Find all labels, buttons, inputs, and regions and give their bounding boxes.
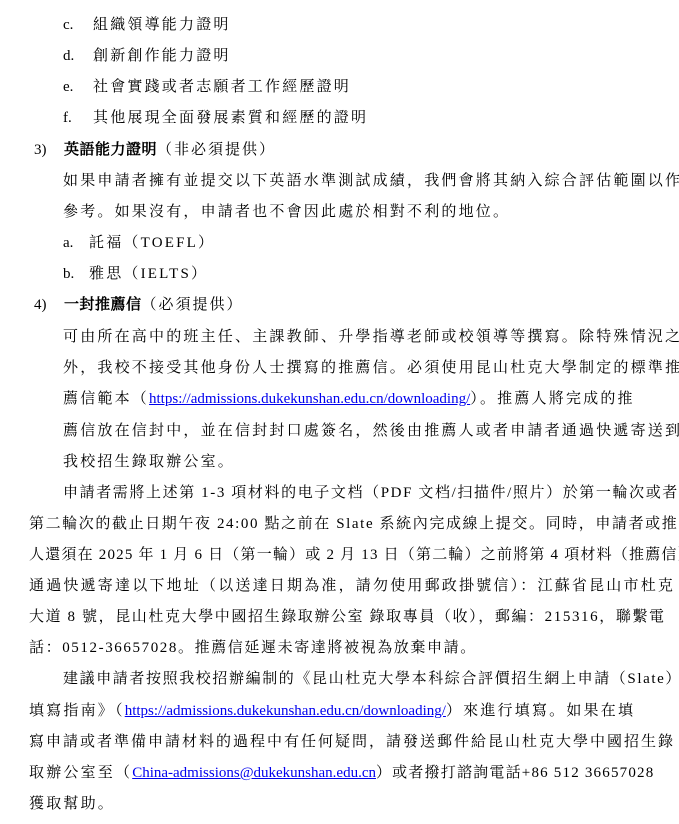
text: ）來進行填寫。如果在填 [446,703,635,719]
section-note: （非必須提供） [157,142,276,158]
guide-paragraph-line: 填寫指南》（https://admissions.dukekunshan.edu… [29,696,635,727]
list-item-f: f.其他展現全面發展素質和經歷的證明 [63,103,368,134]
section-note: （必須提供） [142,297,244,313]
list-text: 託福（TOEFL） [89,235,215,251]
guide-paragraph-line: 建議申請者按照我校招辦編制的《昆山杜克大學本科綜合評價招生網上申請（Slate） [63,664,679,695]
section-number: 4) [34,290,64,321]
submission-paragraph-line: 話：0512-36657028。推薦信延遲未寄達將被視為放棄申請。 [29,633,477,664]
list-item-e: e.社會實踐或者志願者工作經歷證明 [63,72,351,103]
submission-paragraph-line: 第二輪次的截止日期午夜 24:00 點之前在 Slate 系統內完成線上提交。同… [29,509,679,540]
text: 填寫指南》（ [29,703,125,719]
list-marker: c. [63,10,93,41]
guide-paragraph-line: 取辦公室至（China-admissions@dukekunshan.edu.c… [29,758,654,789]
section-4-paragraph-line: 外，我校不接受其他身份人士撰寫的推薦信。必須使用昆山杜克大學制定的標準推 [63,353,679,384]
submission-paragraph-line: 人還須在 2025 年 1 月 6 日（第一輪）或 2 月 13 日（第二輪）之… [29,540,679,571]
list-text: 其他展現全面發展素質和經歷的證明 [93,110,368,126]
section-number: 3) [34,135,64,166]
section-title: 一封推薦信 [64,297,142,313]
list-text: 社會實踐或者志願者工作經歷證明 [93,79,351,95]
email-link[interactable]: China-admissions@dukekunshan.edu.cn [132,765,376,781]
guide-paragraph-line: 寫申請或者準備申請材料的過程中有任何疑問，請發送郵件給昆山杜克大學中國招生錄 [29,727,675,758]
text: ）或者撥打諮詢電話+86 512 36657028 [376,765,654,781]
submission-paragraph-line: 通過快遞寄達以下地址（以送達日期為准，請勿使用郵政掛號信）：江蘇省昆山市杜克 [29,571,675,602]
list-item-d: d.創新創作能力證明 [63,41,231,72]
section-4-heading: 4)一封推薦信（必須提供） [34,290,244,321]
submission-paragraph-line: 申請者需將上述第 1-3 項材料的电子文档（PDF 文档/扫描件/照片）於第一輪… [63,478,679,509]
list-marker: e. [63,72,93,103]
list-item-a: a.託福（TOEFL） [63,228,215,259]
text: 取辦公室至（ [29,765,132,781]
list-item-b: b.雅思（IELTS） [63,259,208,290]
section-3-heading: 3)英語能力證明（非必須提供） [34,135,276,166]
section-4-paragraph-line: 可由所在高中的班主任、主課教師、升學指導老師或校領導等撰寫。除特殊情況之 [63,322,679,353]
text: ）。推薦人將完成的推 [470,391,635,407]
list-marker: b. [63,259,89,290]
downloading-link[interactable]: https://admissions.dukekunshan.edu.cn/do… [125,703,446,719]
section-4-paragraph-line: 薦信範本（https://admissions.dukekunshan.edu.… [63,384,635,415]
section-3-paragraph-line: 如果申請者擁有並提交以下英語水準測試成績，我們會將其納入綜合評估範圍以作 [63,166,679,197]
list-marker: d. [63,41,93,72]
text: 薦信範本（ [63,391,149,407]
section-4-paragraph-line: 我校招生錄取辦公室。 [63,447,235,478]
list-item-c: c.組織領導能力證明 [63,10,231,41]
list-marker: f. [63,103,93,134]
section-4-paragraph-line: 薦信放在信封中，並在信封封口處簽名，然後由推薦人或者申請者通過快遞寄送到 [63,416,679,447]
guide-paragraph-line: 獲取幫助。 [29,789,115,820]
list-text: 組織領導能力證明 [93,17,231,33]
downloading-link[interactable]: https://admissions.dukekunshan.edu.cn/do… [149,391,470,407]
list-marker: a. [63,228,89,259]
list-text: 創新創作能力證明 [93,48,231,64]
list-text: 雅思（IELTS） [89,266,208,282]
section-title: 英語能力證明 [64,142,157,158]
submission-paragraph-line: 大道 8 號，昆山杜克大學中國招生錄取辦公室 錄取專員（收），郵編：215316… [29,602,666,633]
section-3-paragraph-line: 參考。如果沒有，申請者也不會因此處於相對不利的地位。 [63,197,510,228]
